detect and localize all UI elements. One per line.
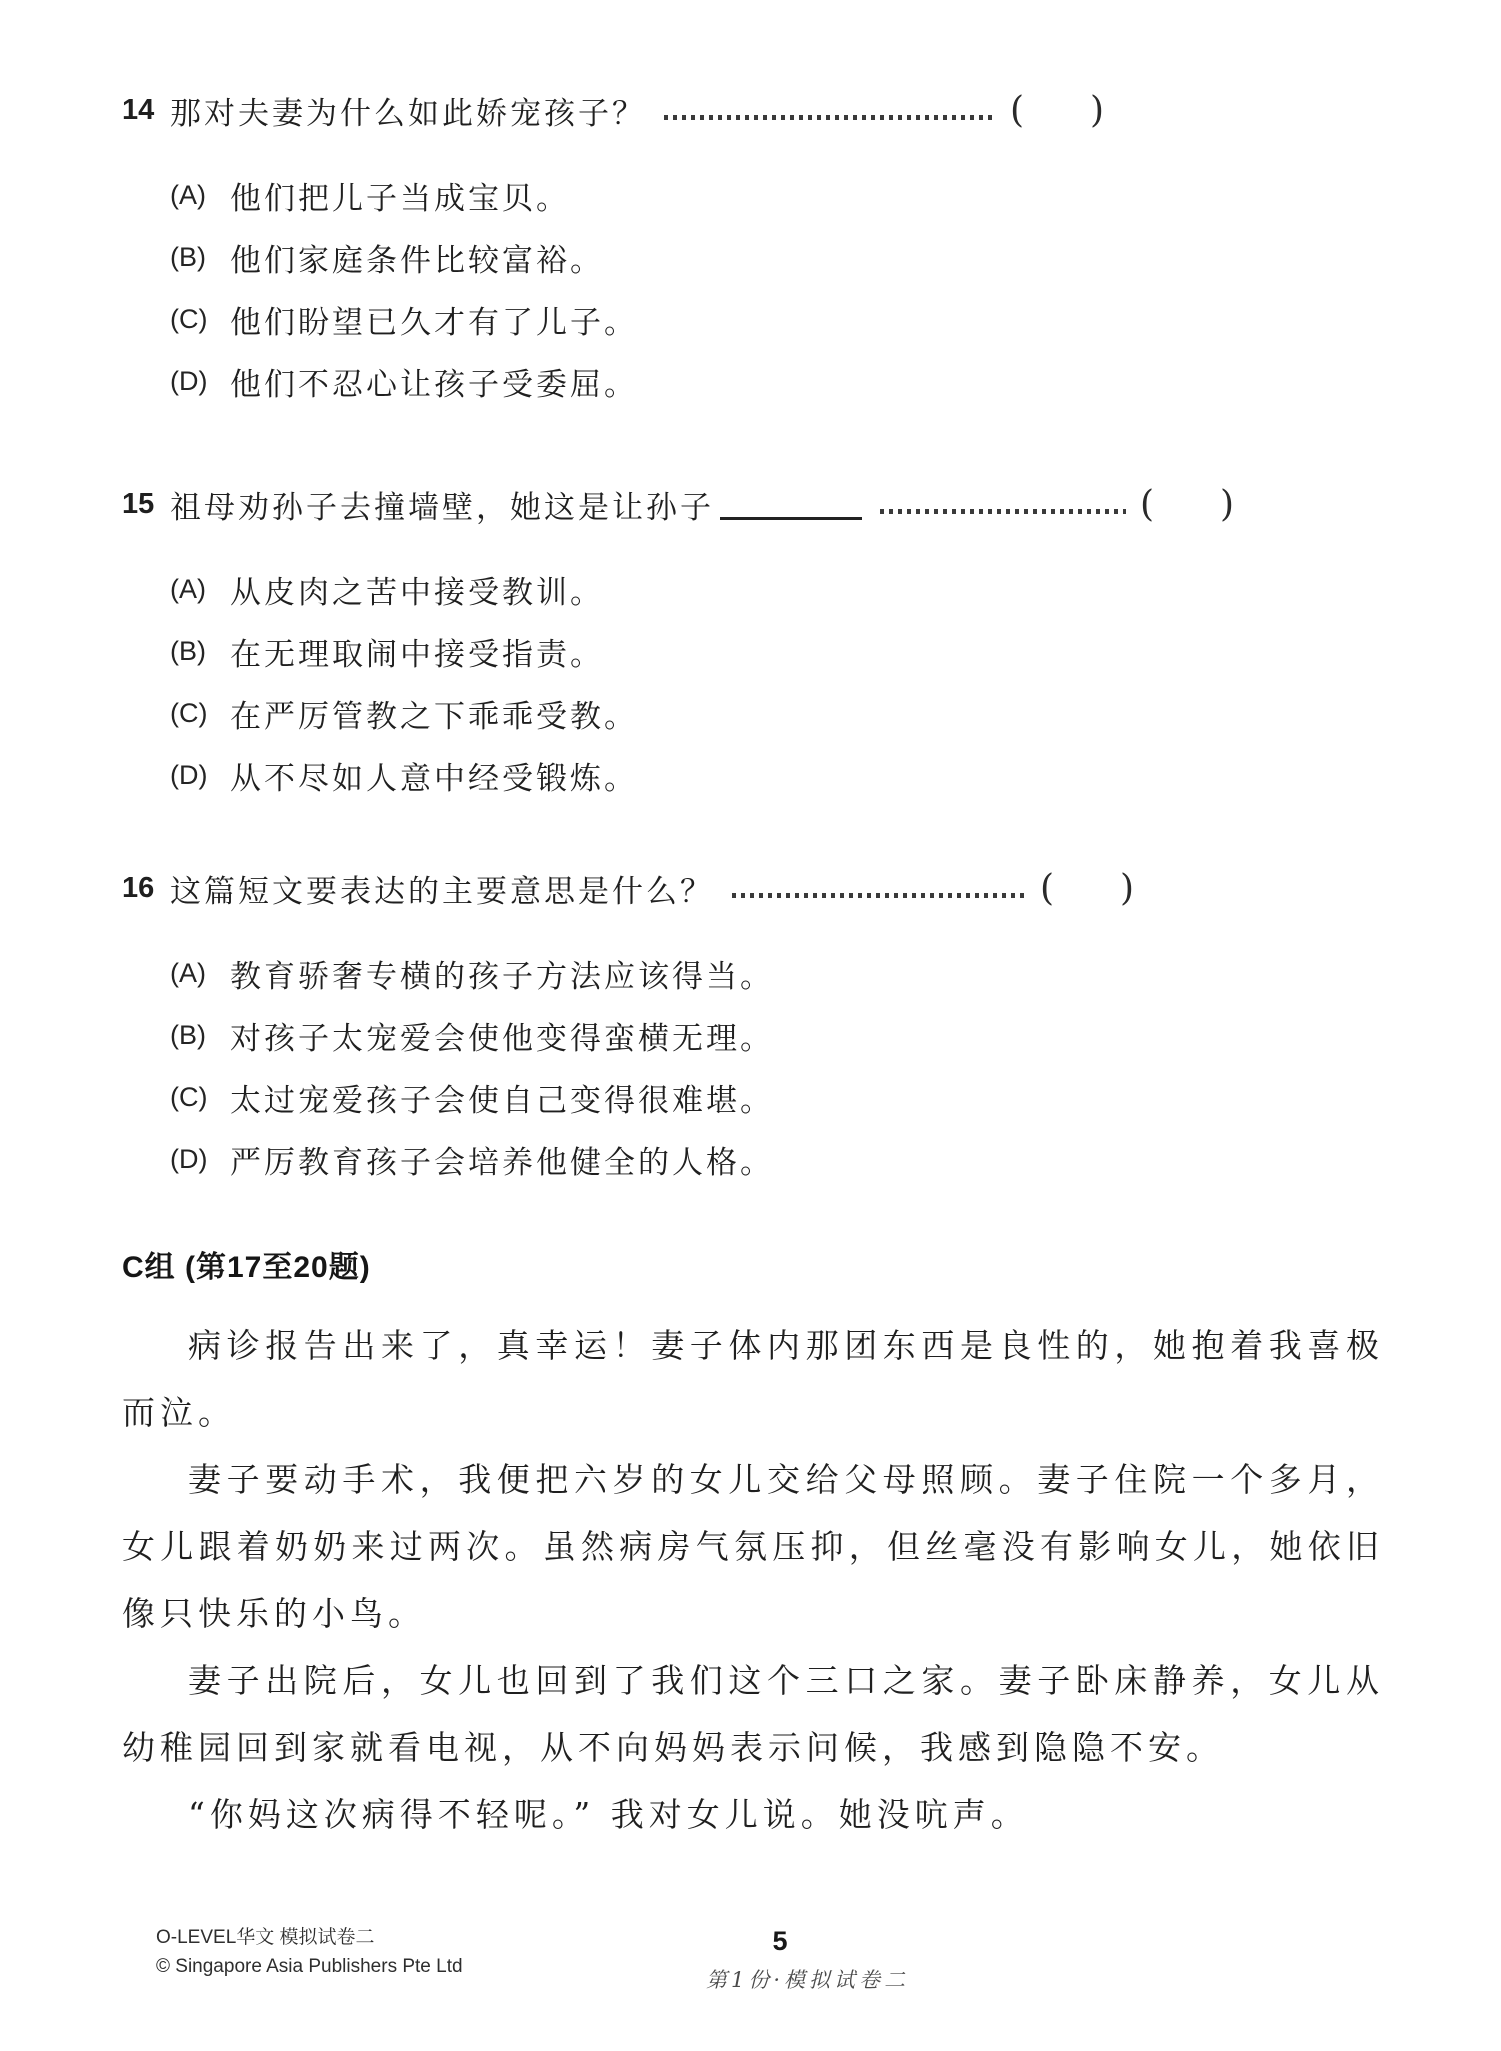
option-text: 从皮肉之苦中接受教训。 — [230, 567, 604, 612]
options-list: (A) 从皮肉之苦中接受教训。 (B) 在无理取闹中接受指责。 (C) 在严厉管… — [122, 558, 1501, 806]
option-label: (D) — [170, 760, 230, 791]
option-row: (A) 从皮肉之苦中接受教训。 — [170, 558, 1501, 620]
question-15-line: 15 祖母劝孙子去撞墙壁，她这是让孙子 ( ) — [122, 482, 1234, 526]
option-row: (D) 严厉教育孩子会培养他健全的人格。 — [170, 1128, 1501, 1190]
option-row: (D) 他们不忍心让孩子受委屈。 — [170, 350, 1501, 412]
answer-bracket-close: ) — [1120, 868, 1134, 909]
option-row: (B) 他们家庭条件比较富裕。 — [170, 226, 1501, 288]
page-footer: O-LEVEL华文 模拟试卷二 © Singapore Asia Publish… — [0, 1918, 1501, 2038]
passage-paragraph: 妻子出院后，女儿也回到了我们这个三口之家。妻子卧床静养，女儿从幼稚园回到家就看电… — [122, 1647, 1384, 1781]
option-text: 严厉教育孩子会培养他健全的人格。 — [230, 1137, 774, 1182]
section-c-heading: C组 (第17至20题) — [122, 1242, 1501, 1286]
option-label: (A) — [170, 180, 230, 211]
answer-bracket-open: ( — [1010, 90, 1024, 131]
dotted-leader — [732, 893, 1026, 898]
question-text: 那对夫妻为什么如此娇宠孩子？ — [170, 88, 646, 133]
option-text: 他们把儿子当成宝贝。 — [230, 173, 570, 218]
answer-bracket-open: ( — [1040, 868, 1054, 909]
option-text: 他们盼望已久才有了儿子。 — [230, 297, 638, 342]
question-number: 14 — [122, 94, 170, 127]
reading-passage: 病诊报告出来了，真幸运！妻子体内那团东西是良性的，她抱着我喜极而泣。 妻子要动手… — [122, 1312, 1384, 1848]
answer-bracket-pair: ( ) — [1010, 90, 1104, 131]
question-text: 这篇短文要表达的主要意思是什么？ — [170, 866, 714, 911]
footer-left-block: O-LEVEL华文 模拟试卷二 © Singapore Asia Publish… — [156, 1923, 463, 1981]
passage-paragraph: 病诊报告出来了，真幸运！妻子体内那团东西是良性的，她抱着我喜极而泣。 — [122, 1312, 1384, 1446]
answer-bracket-close: ) — [1090, 90, 1104, 131]
option-text: 对孩子太宠爱会使他变得蛮横无理。 — [230, 1013, 774, 1058]
option-row: (A) 教育骄奢专横的孩子方法应该得当。 — [170, 942, 1501, 1004]
option-text: 在严厉管教之下乖乖受教。 — [230, 691, 638, 736]
option-label: (B) — [170, 636, 230, 667]
answer-bracket-pair: ( ) — [1040, 868, 1134, 909]
option-label: (C) — [170, 304, 230, 335]
page-number: 5 — [700, 1926, 860, 1957]
question-number: 16 — [122, 872, 170, 905]
options-list: (A) 他们把儿子当成宝贝。 (B) 他们家庭条件比较富裕。 (C) 他们盼望已… — [122, 164, 1501, 412]
footer-handwritten-note: 第1份·模拟试卷二 — [706, 1964, 1026, 1994]
option-row: (B) 在无理取闹中接受指责。 — [170, 620, 1501, 682]
option-label: (C) — [170, 698, 230, 729]
option-text: 从不尽如人意中经受锻炼。 — [230, 753, 638, 798]
option-label: (B) — [170, 242, 230, 273]
option-label: (B) — [170, 1020, 230, 1051]
option-row: (C) 在严厉管教之下乖乖受教。 — [170, 682, 1501, 744]
question-block-14: 14 那对夫妻为什么如此娇宠孩子？ ( ) (A) 他们把儿子当成宝贝。 (B)… — [122, 88, 1501, 412]
option-label: (D) — [170, 366, 230, 397]
question-block-16: 16 这篇短文要表达的主要意思是什么？ ( ) (A) 教育骄奢专横的孩子方法应… — [122, 866, 1501, 1190]
fill-blank-line — [720, 517, 862, 520]
option-row: (C) 太过宠爱孩子会使自己变得很难堪。 — [170, 1066, 1501, 1128]
answer-bracket-open: ( — [1140, 484, 1154, 525]
option-text: 他们家庭条件比较富裕。 — [230, 235, 604, 280]
question-16-line: 16 这篇短文要表达的主要意思是什么？ ( ) — [122, 866, 1134, 910]
question-block-15: 15 祖母劝孙子去撞墙壁，她这是让孙子 ( ) (A) 从皮肉之苦中接受教训。 … — [122, 482, 1501, 806]
option-label: (C) — [170, 1082, 230, 1113]
option-row: (B) 对孩子太宠爱会使他变得蛮横无理。 — [170, 1004, 1501, 1066]
answer-bracket-pair: ( ) — [1140, 484, 1234, 525]
option-row: (C) 他们盼望已久才有了儿子。 — [170, 288, 1501, 350]
option-text: 在无理取闹中接受指责。 — [230, 629, 604, 674]
option-text: 他们不忍心让孩子受委屈。 — [230, 359, 638, 404]
footer-booklet-title: O-LEVEL华文 模拟试卷二 — [156, 1923, 463, 1952]
footer-publisher: © Singapore Asia Publishers Pte Ltd — [156, 1952, 463, 1981]
question-14-line: 14 那对夫妻为什么如此娇宠孩子？ ( ) — [122, 88, 1104, 132]
option-label: (D) — [170, 1144, 230, 1175]
passage-paragraph: “你妈这次病得不轻呢。” 我对女儿说。她没吭声。 — [122, 1781, 1384, 1848]
option-text: 太过宠爱孩子会使自己变得很难堪。 — [230, 1075, 774, 1120]
exam-page: 14 那对夫妻为什么如此娇宠孩子？ ( ) (A) 他们把儿子当成宝贝。 (B)… — [0, 0, 1501, 2051]
option-label: (A) — [170, 958, 230, 989]
question-text: 祖母劝孙子去撞墙壁，她这是让孙子 — [170, 482, 714, 527]
option-row: (A) 他们把儿子当成宝贝。 — [170, 164, 1501, 226]
option-label: (A) — [170, 574, 230, 605]
passage-paragraph: 妻子要动手术，我便把六岁的女儿交给父母照顾。妻子住院一个多月，女儿跟着奶奶来过两… — [122, 1446, 1384, 1647]
dotted-leader — [664, 115, 996, 120]
dotted-leader — [880, 509, 1126, 514]
option-text: 教育骄奢专横的孩子方法应该得当。 — [230, 951, 774, 996]
question-number: 15 — [122, 488, 170, 521]
answer-bracket-close: ) — [1220, 484, 1234, 525]
options-list: (A) 教育骄奢专横的孩子方法应该得当。 (B) 对孩子太宠爱会使他变得蛮横无理… — [122, 942, 1501, 1190]
option-row: (D) 从不尽如人意中经受锻炼。 — [170, 744, 1501, 806]
